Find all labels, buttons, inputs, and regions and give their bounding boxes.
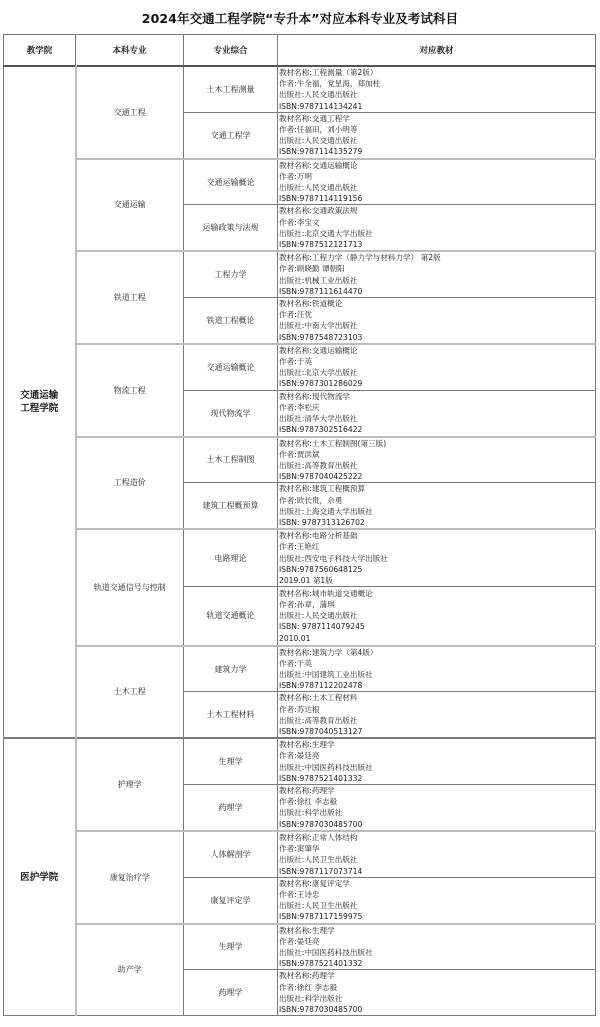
textbook-info-line: 作者:贾洪斌 <box>279 449 595 460</box>
textbook-cell: 教材名称:土木工程材料作者:苏达根出版社:高等教育出版社ISBN:9787040… <box>278 692 596 738</box>
textbook-info-line: ISBN:9787114119156 <box>279 193 595 204</box>
exam-subject-cell: 生理学 <box>184 738 278 784</box>
textbook-info-line: 教材名称:交通工程学 <box>279 113 595 124</box>
textbook-info-line: 出版社:中国建筑工业出版社 <box>279 669 595 680</box>
exam-subject-cell: 土木工程材料 <box>184 692 278 738</box>
exam-subject-cell: 土木工程制图 <box>184 437 278 483</box>
textbook-info-line: 作者:晏廷亮 <box>279 936 595 947</box>
exam-subject-cell: 现代物流学 <box>184 390 278 436</box>
textbook-info-line: 作者:万明 <box>279 171 595 182</box>
textbook-info-line: 作者:徐红 李志毅 <box>279 982 595 993</box>
textbook-table: 教学院 本科专业 专业综合 对应教材 交通运输工程学院交通工程土木工程测量教材名… <box>3 34 596 1016</box>
textbook-cell: 教材名称:交通政策法规作者:李宝文出版社:北京交通大学出版社ISBN:97875… <box>278 205 596 251</box>
textbook-info-line: 教材名称:康复评定学 <box>279 878 595 889</box>
exam-subject-cell: 建筑工程概预算 <box>184 483 278 529</box>
college-name-line: 交通运输 <box>20 389 58 402</box>
textbook-info-line: 教材名称:工程力学（静力学与材料力学） 第2版 <box>279 252 595 263</box>
textbook-info-line: 2019.01 第1版 <box>279 575 595 586</box>
exam-subject-cell: 交通运输概论 <box>184 159 278 205</box>
textbook-info-line: ISBN:9787512121713 <box>279 239 595 250</box>
textbook-info-line: 教材名称:建筑力学（第4版） <box>279 647 595 658</box>
exam-subject-cell: 生理学 <box>184 924 278 970</box>
table-body: 交通运输工程学院交通工程土木工程测量教材名称:工程测量（第2版）作者:牛全福，党… <box>4 66 596 1016</box>
header-textbook: 对应教材 <box>278 35 596 67</box>
college-name-line: 医护学院 <box>20 871 58 884</box>
major-cell: 交通工程 <box>76 66 184 159</box>
textbook-info-line: ISBN:9787521401332 <box>279 958 595 969</box>
textbook-info-line: 出版社:人民交通出版社 <box>279 89 595 100</box>
textbook-info-line: 出版社:人民卫生出版社 <box>279 900 595 911</box>
textbook-info-line: 教材名称:交通运输概论 <box>279 345 595 356</box>
textbook-info-line: 出版社:人民交通出版社 <box>279 182 595 193</box>
college-name-line: 工程学院 <box>20 402 58 415</box>
textbook-info-line: 出版社:清华大学出版社 <box>279 413 595 424</box>
textbook-info-line: 出版社:高等教育出版社 <box>279 715 595 726</box>
table-row: 铁道工程工程力学教材名称:工程力学（静力学与材料力学） 第2版作者:顾晓勤 谭朝… <box>4 251 596 297</box>
textbook-info-line: ISBN:9787117159975 <box>279 911 595 922</box>
textbook-cell: 教材名称:交通运输概论作者:于英出版社:北京大学出版社ISBN:97873012… <box>278 344 596 390</box>
textbook-info-line: 教材名称:建筑工程概预算 <box>279 483 595 494</box>
exam-subject-cell: 药理学 <box>184 785 278 831</box>
textbook-info-line: 教材名称:铁道概论 <box>279 298 595 309</box>
textbook-info-line: 作者:顾晓勤 谭朝阳 <box>279 263 595 274</box>
document-title: 2024年交通工程学院“专升本”对应本科专业及考试科目 <box>0 9 600 27</box>
textbook-info-line: ISBN:9787030485700 <box>279 819 595 830</box>
textbook-cell: 教材名称:工程测量（第2版）作者:牛全福，党星海，郑加柱出版社:人民交通出版社I… <box>278 66 596 112</box>
table-row: 康复治疗学人体解剖学教材名称:正常人体结构作者:窦肇华出版社:人民卫生出版社IS… <box>4 831 596 877</box>
textbook-info-line: 作者:欧长贵，佘勇 <box>279 495 595 506</box>
textbook-info-line: 作者:王诗忠 <box>279 889 595 900</box>
college-cell: 交通运输工程学院 <box>4 66 76 738</box>
table-row: 土木工程建筑力学教材名称:建筑力学（第4版）作者:于英出版社:中国建筑工业出版社… <box>4 646 596 692</box>
textbook-info-line: 出版社:中国医药科技出版社 <box>279 762 595 773</box>
textbook-cell: 教材名称:药理学作者:徐红 李志毅出版社:科学出版社ISBN:978703048… <box>278 970 596 1016</box>
textbook-info-line: 出版社:上海交通大学出版社 <box>279 506 595 517</box>
major-cell: 护理学 <box>76 738 184 831</box>
major-cell: 工程造价 <box>76 437 184 530</box>
textbook-cell: 教材名称:城市轨道交通概论作者:孙章、蒲琪出版社:人民交通出版社ISBN: 97… <box>278 587 596 646</box>
textbook-info-line: ISBN:9787114134241 <box>279 101 595 112</box>
textbook-info-line: 教材名称:土木工程材料 <box>279 692 595 703</box>
textbook-info-line: 作者:李宝文 <box>279 217 595 228</box>
textbook-info-line: 教材名称:现代物流学 <box>279 391 595 402</box>
textbook-info-line: 作者:汪优 <box>279 309 595 320</box>
textbook-info-line: 作者:晏廷亮 <box>279 750 595 761</box>
major-cell: 铁道工程 <box>76 251 184 344</box>
textbook-cell: 教材名称:电路分析基础作者:王艳红出版社:西安电子科技大学出版社ISBN:978… <box>278 529 596 587</box>
table-row: 助产学生理学教材名称:生理学作者:晏廷亮出版社:中国医药科技出版社ISBN:97… <box>4 924 596 970</box>
major-cell: 康复治疗学 <box>76 831 184 924</box>
textbook-info-line: 作者:牛全福，党星海，郑加柱 <box>279 78 595 89</box>
exam-subject-cell: 建筑力学 <box>184 646 278 692</box>
textbook-cell: 教材名称:正常人体结构作者:窦肇华出版社:人民卫生出版社ISBN:9787117… <box>278 831 596 877</box>
textbook-info-line: ISBN:9787302516422 <box>279 424 595 435</box>
textbook-cell: 教材名称:康复评定学作者:王诗忠出版社:人民卫生出版社ISBN:97871171… <box>278 877 596 923</box>
textbook-info-line: ISBN:9787301286029 <box>279 378 595 389</box>
textbook-info-line: ISBN:9787112202478 <box>279 680 595 691</box>
college-name: 医护学院 <box>20 871 58 884</box>
exam-subject-cell: 康复评定学 <box>184 877 278 923</box>
textbook-info-line: 教材名称:交通运输概论 <box>279 160 595 171</box>
exam-subject-cell: 交通运输概论 <box>184 344 278 390</box>
textbook-info-line: 作者:李松庆 <box>279 402 595 413</box>
textbook-info-line: 教材名称:电路分析基础 <box>279 530 595 541</box>
textbook-info-line: 教材名称:交通政策法规 <box>279 205 595 216</box>
textbook-info-line: 出版社:人民卫生出版社 <box>279 854 595 865</box>
college-name: 交通运输工程学院 <box>20 389 58 415</box>
college-cell: 医护学院 <box>4 738 76 1016</box>
textbook-cell: 教材名称:土木工程制图(第三版)作者:贾洪斌出版社:高等教育出版社ISBN:97… <box>278 437 596 483</box>
textbook-cell: 教材名称:生理学作者:晏廷亮出版社:中国医药科技出版社ISBN:97875214… <box>278 924 596 970</box>
textbook-info-line: 作者:窦肇华 <box>279 843 595 854</box>
textbook-info-line: 作者:于英 <box>279 356 595 367</box>
textbook-info-line: 教材名称:药理学 <box>279 970 595 981</box>
textbook-info-line: 出版社:人民交通出版社 <box>279 610 595 621</box>
table-row: 医护学院护理学生理学教材名称:生理学作者:晏廷亮出版社:中国医药科技出版社ISB… <box>4 738 596 784</box>
textbook-cell: 教材名称:现代物流学作者:李松庆出版社:清华大学出版社ISBN:97873025… <box>278 390 596 436</box>
textbook-cell: 教材名称:交通工程学作者:任福田，刘小明等出版社:人民交通出版社ISBN:978… <box>278 112 596 158</box>
textbook-info-line: ISBN:9787521401332 <box>279 773 595 784</box>
textbook-cell: 教材名称:生理学作者:晏廷亮出版社:中国医药科技出版社ISBN:97875214… <box>278 738 596 784</box>
exam-subject-cell: 土木工程测量 <box>184 66 278 112</box>
textbook-info-line: 2010.01 <box>279 633 595 644</box>
textbook-info-line: ISBN:9787111614470 <box>279 286 595 297</box>
exam-subject-cell: 铁道工程概论 <box>184 298 278 344</box>
table-row: 交通运输交通运输概论教材名称:交通运输概论作者:万明出版社:人民交通出版社ISB… <box>4 159 596 205</box>
textbook-info-line: 作者:苏达根 <box>279 704 595 715</box>
major-cell: 助产学 <box>76 924 184 1016</box>
exam-subject-cell: 电路理论 <box>184 529 278 587</box>
table-header-row: 教学院 本科专业 专业综合 对应教材 <box>4 35 596 67</box>
header-college: 教学院 <box>4 35 76 67</box>
textbook-info-line: 作者:王艳红 <box>279 541 595 552</box>
textbook-info-line: 出版社:机械工业出版社 <box>279 275 595 286</box>
textbook-cell: 教材名称:工程力学（静力学与材料力学） 第2版作者:顾晓勤 谭朝阳出版社:机械工… <box>278 251 596 297</box>
exam-subject-cell: 运输政策与法规 <box>184 205 278 251</box>
major-cell: 交通运输 <box>76 159 184 252</box>
textbook-cell: 教材名称:药理学作者:徐红 李志毅出版社:科学出版社ISBN:978703048… <box>278 785 596 831</box>
textbook-info-line: 出版社:高等教育出版社 <box>279 460 595 471</box>
textbook-info-line: ISBN: 9787313126702 <box>279 517 595 528</box>
textbook-info-line: 出版社:中南大学出版社 <box>279 320 595 331</box>
textbook-info-line: 作者:徐红 李志毅 <box>279 796 595 807</box>
textbook-info-line: 教材名称:工程测量（第2版） <box>279 67 595 78</box>
textbook-cell: 教材名称:建筑工程概预算作者:欧长贵，佘勇出版社:上海交通大学出版社ISBN: … <box>278 483 596 529</box>
textbook-info-line: ISBN:9787548723103 <box>279 332 595 343</box>
textbook-info-line: ISBN:9787114135279 <box>279 146 595 157</box>
textbook-info-line: ISBN:9787117073714 <box>279 866 595 877</box>
header-subject: 专业综合 <box>184 35 278 67</box>
textbook-info-line: 出版社:中国医药科技出版社 <box>279 947 595 958</box>
exam-subject-cell: 药理学 <box>184 970 278 1016</box>
table-row: 交通运输工程学院交通工程土木工程测量教材名称:工程测量（第2版）作者:牛全福，党… <box>4 66 596 112</box>
textbook-info-line: 作者:任福田，刘小明等 <box>279 124 595 135</box>
textbook-info-line: 作者:于英 <box>279 658 595 669</box>
textbook-info-line: 出版社:北京大学出版社 <box>279 367 595 378</box>
table-row: 工程造价土木工程制图教材名称:土木工程制图(第三版)作者:贾洪斌出版社:高等教育… <box>4 437 596 483</box>
textbook-info-line: 出版社:科学出版社 <box>279 993 595 1004</box>
textbook-info-line: ISBN:9787030485700 <box>279 1004 595 1015</box>
textbook-info-line: 出版社:人民交通出版社 <box>279 135 595 146</box>
exam-subject-cell: 工程力学 <box>184 251 278 297</box>
exam-subject-cell: 人体解剖学 <box>184 831 278 877</box>
textbook-info-line: 出版社:北京交通大学出版社 <box>279 228 595 239</box>
major-cell: 轨道交通信号与控制 <box>76 529 184 646</box>
exam-subject-cell: 轨道交通概论 <box>184 587 278 646</box>
textbook-info-line: ISBN:9787040513127 <box>279 726 595 737</box>
textbook-info-line: 教材名称:药理学 <box>279 785 595 796</box>
textbook-cell: 教材名称:铁道概论作者:汪优出版社:中南大学出版社ISBN:9787548723… <box>278 298 596 344</box>
header-major: 本科专业 <box>76 35 184 67</box>
textbook-info-line: 教材名称:生理学 <box>279 925 595 936</box>
textbook-table-wrapper: 教学院 本科专业 专业综合 对应教材 交通运输工程学院交通工程土木工程测量教材名… <box>3 34 595 1016</box>
textbook-info-line: 教材名称:生理学 <box>279 739 595 750</box>
major-cell: 土木工程 <box>76 646 184 739</box>
textbook-info-line: 作者:孙章、蒲琪 <box>279 599 595 610</box>
textbook-info-line: 出版社:科学出版社 <box>279 807 595 818</box>
exam-subject-cell: 交通工程学 <box>184 112 278 158</box>
textbook-cell: 教材名称:建筑力学（第4版）作者:于英出版社:中国建筑工业出版社ISBN:978… <box>278 646 596 692</box>
textbook-info-line: 教材名称:土木工程制图(第三版) <box>279 438 595 449</box>
major-cell: 物流工程 <box>76 344 184 437</box>
textbook-info-line: ISBN:9787560648125 <box>279 564 595 575</box>
textbook-cell: 教材名称:交通运输概论作者:万明出版社:人民交通出版社ISBN:97871141… <box>278 159 596 205</box>
textbook-info-line: ISBN: 9787114079245 <box>279 621 595 632</box>
textbook-info-line: ISBN:9787040425222 <box>279 471 595 482</box>
textbook-info-line: 教材名称:城市轨道交通概论 <box>279 588 595 599</box>
table-row: 轨道交通信号与控制电路理论教材名称:电路分析基础作者:王艳红出版社:西安电子科技… <box>4 529 596 587</box>
textbook-info-line: 出版社:西安电子科技大学出版社 <box>279 553 595 564</box>
table-row: 物流工程交通运输概论教材名称:交通运输概论作者:于英出版社:北京大学出版社ISB… <box>4 344 596 390</box>
textbook-info-line: 教材名称:正常人体结构 <box>279 832 595 843</box>
